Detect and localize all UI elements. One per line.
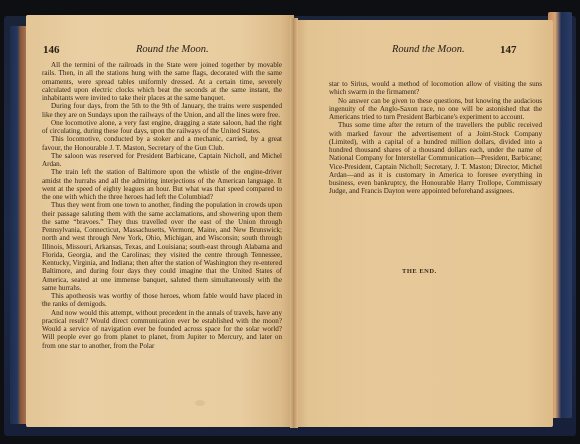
paragraph: The train left the station of Baltimore … — [42, 168, 282, 201]
paragraph: During four days, from the 5th to the 9t… — [42, 102, 282, 119]
paragraph: The saloon was reserved for President Ba… — [42, 152, 282, 169]
paragraph: One locomotive alone, a very fast engine… — [42, 119, 282, 136]
page-number-left: 146 — [43, 44, 60, 56]
paragraph-continuation: star to Sirius, would a method of locomo… — [329, 80, 542, 97]
paragraph: Thus some time after the return of the t… — [329, 121, 542, 195]
paragraph: This apotheosis was worthy of those hero… — [42, 292, 282, 309]
running-title-right: Round the Moon. — [392, 44, 465, 55]
paragraph: Thus they went from one town to another,… — [42, 201, 282, 292]
right-page-body: star to Sirius, would a method of locomo… — [329, 80, 542, 196]
paragraph: And now would this attempt, without prec… — [42, 309, 282, 350]
left-page-body: All the termini of the railroads in the … — [42, 61, 282, 350]
paper-stain — [195, 400, 205, 406]
paragraph: No answer can be given to these question… — [329, 97, 542, 122]
paragraph: This locomotive, conducted by a stoker a… — [42, 135, 282, 152]
paragraph: All the termini of the railroads in the … — [42, 61, 282, 102]
book-gutter — [290, 18, 298, 428]
running-title-left: Round the Moon. — [136, 44, 209, 55]
page-number-right: 147 — [500, 44, 517, 56]
end-mark: THE END. — [402, 268, 437, 275]
